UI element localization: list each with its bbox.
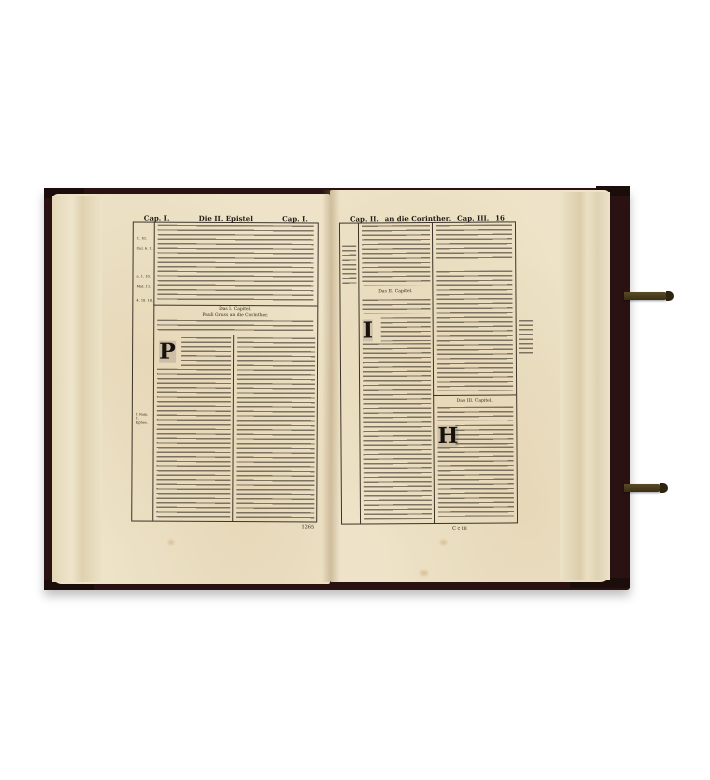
text-col-1 (381, 317, 431, 341)
summary-lines (437, 406, 513, 421)
divider (433, 394, 516, 396)
running-head-center: Die II. Epistel (199, 214, 253, 223)
text-col-1 (156, 369, 231, 519)
left-text-block: Cap. I. Die II. Epistel Cap. I. 1. 10. G… (131, 222, 319, 523)
running-head-right: Cap. I. (282, 214, 308, 223)
left-margin-column (132, 223, 155, 521)
margin-note: 1. 10. (137, 237, 147, 241)
folio: 1265 (301, 524, 314, 530)
margin-note: Gal. 6. 1. (137, 247, 153, 251)
chapter-heading: Das II. Capitel. (358, 289, 432, 295)
clasp-lower (624, 484, 662, 492)
running-head-left: Cap. II. (350, 214, 379, 223)
running-head-center: an die Corinther. (385, 214, 452, 223)
chapter-heading: Das I. Capitel. (153, 307, 317, 313)
summary-lines (157, 320, 313, 333)
running-head-left: Cap. I. (144, 214, 170, 223)
folio: C c iii (452, 526, 467, 532)
margin-note: Mat. 11. (136, 285, 151, 289)
right-text-block: Cap. II. an die Corinther. Cap. III. 16 … (339, 221, 518, 524)
drop-cap: I (363, 319, 373, 341)
book-gutter (322, 190, 340, 582)
right-running-head: Cap. II. an die Corinther. Cap. III. 16 (340, 208, 515, 223)
text-col-2 (236, 337, 315, 519)
drop-cap: P (159, 341, 176, 363)
text-col-1-top (362, 225, 430, 285)
margin-note: 4. 10. 18. (136, 299, 153, 303)
text-col-2 (438, 446, 514, 517)
text-lines-top (157, 225, 313, 304)
margin-note: 1 Rom. 1. Ephes. (136, 413, 152, 426)
paper-stain (420, 570, 428, 576)
chapter-summary: Pauli Gruss an die Corinther. (153, 313, 317, 319)
left-page-stack-edge (52, 196, 102, 582)
left-running-head: Cap. I. Die II. Epistel Cap. I. (134, 209, 318, 224)
margin-note: a. 1. 10. (136, 275, 150, 279)
margin-notes (342, 246, 356, 286)
clasp-upper (624, 292, 668, 300)
column-separator (432, 223, 435, 523)
summary-lines (362, 299, 430, 313)
paper-stain (168, 540, 174, 545)
running-head-right: Cap. III. (457, 214, 489, 223)
text-col-2 (455, 424, 513, 444)
chapter-heading: Das III. Capitel. (433, 398, 516, 404)
right-page-stack-edge (560, 192, 610, 580)
page-number: 16 (495, 213, 505, 222)
column-separator (232, 335, 234, 521)
text-col-2-top (436, 224, 512, 259)
book-photo: Cap. I. Die II. Epistel Cap. I. 1. 10. G… (0, 0, 710, 780)
text-col-1 (181, 337, 231, 367)
right-outer-margin-notes (519, 320, 533, 356)
text-col-2-mid (436, 270, 513, 391)
text-col-1 (363, 343, 432, 519)
paper-stain (440, 540, 447, 545)
